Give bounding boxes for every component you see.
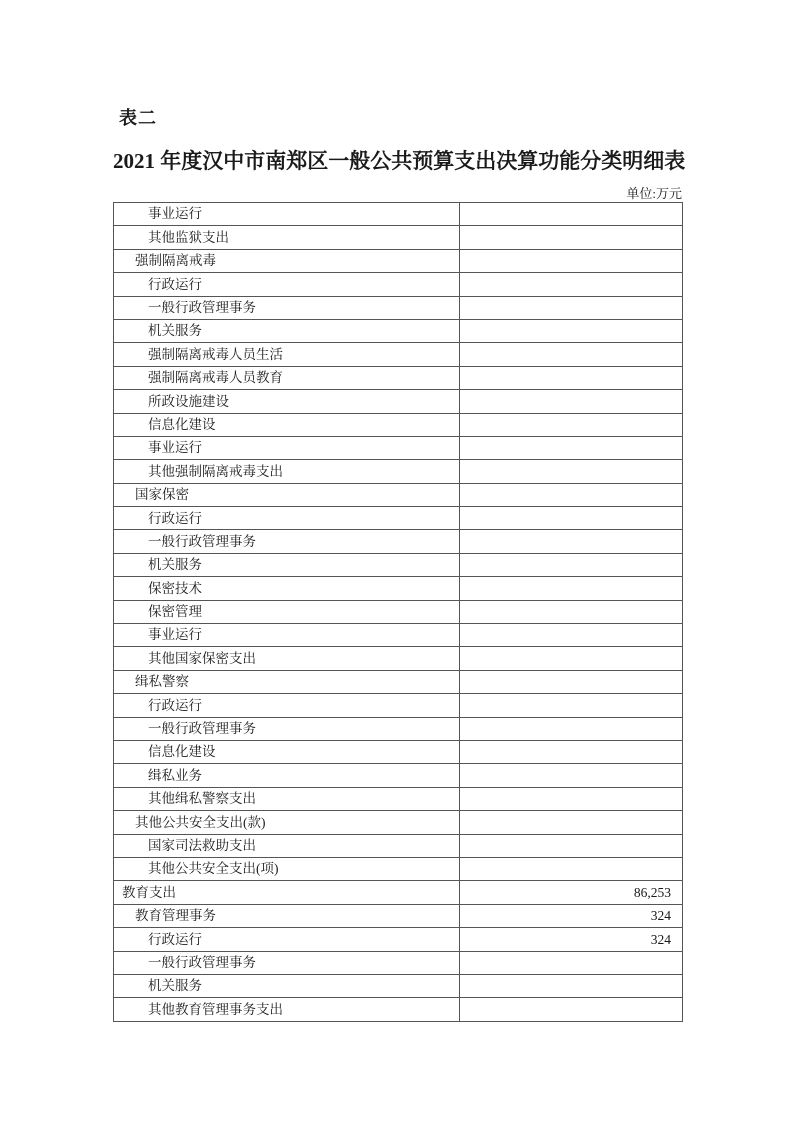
row-value — [460, 974, 683, 997]
budget-table: 事业运行其他监狱支出强制隔离戒毒行政运行一般行政管理事务机关服务强制隔离戒毒人员… — [113, 202, 683, 1022]
row-label: 其他监狱支出 — [114, 226, 460, 249]
row-value: 324 — [460, 928, 683, 951]
row-label: 其他缉私警察支出 — [114, 787, 460, 810]
row-label: 一般行政管理事务 — [114, 717, 460, 740]
row-label: 机关服务 — [114, 553, 460, 576]
table-row: 机关服务 — [114, 974, 683, 997]
table-row: 保密管理 — [114, 600, 683, 623]
table-row: 行政运行324 — [114, 928, 683, 951]
table-row: 一般行政管理事务 — [114, 951, 683, 974]
row-label: 所政设施建设 — [114, 390, 460, 413]
row-value — [460, 343, 683, 366]
row-label: 保密技术 — [114, 577, 460, 600]
table-row: 一般行政管理事务 — [114, 717, 683, 740]
row-value — [460, 787, 683, 810]
row-label: 强制隔离戒毒人员生活 — [114, 343, 460, 366]
row-value — [460, 764, 683, 787]
table-row: 强制隔离戒毒人员教育 — [114, 366, 683, 389]
table-row: 其他公共安全支出(款) — [114, 811, 683, 834]
table-row: 事业运行 — [114, 624, 683, 647]
table-row: 其他监狱支出 — [114, 226, 683, 249]
row-value — [460, 296, 683, 319]
table-row: 所政设施建设 — [114, 390, 683, 413]
row-label: 强制隔离戒毒 — [114, 249, 460, 272]
row-label: 国家保密 — [114, 483, 460, 506]
table-row: 其他公共安全支出(项) — [114, 857, 683, 880]
table-row: 教育管理事务324 — [114, 904, 683, 927]
table-row: 国家保密 — [114, 483, 683, 506]
row-value — [460, 717, 683, 740]
row-value: 86,253 — [460, 881, 683, 904]
row-label: 信息化建设 — [114, 413, 460, 436]
document-page: 表二 2021 年度汉中市南郑区一般公共预算支出决算功能分类明细表 单位:万元 … — [0, 0, 793, 1122]
row-value — [460, 530, 683, 553]
row-value — [460, 273, 683, 296]
row-value — [460, 553, 683, 576]
row-value — [460, 834, 683, 857]
row-value — [460, 436, 683, 459]
row-label: 行政运行 — [114, 507, 460, 530]
row-label: 教育管理事务 — [114, 904, 460, 927]
row-label: 一般行政管理事务 — [114, 530, 460, 553]
table-row: 一般行政管理事务 — [114, 530, 683, 553]
table-row: 其他教育管理事务支出 — [114, 998, 683, 1021]
row-label: 行政运行 — [114, 694, 460, 717]
table-row: 机关服务 — [114, 319, 683, 342]
row-value — [460, 740, 683, 763]
row-label: 其他强制隔离戒毒支出 — [114, 460, 460, 483]
table-row: 信息化建设 — [114, 740, 683, 763]
table-body: 事业运行其他监狱支出强制隔离戒毒行政运行一般行政管理事务机关服务强制隔离戒毒人员… — [114, 203, 683, 1022]
row-label: 事业运行 — [114, 624, 460, 647]
row-label: 国家司法救助支出 — [114, 834, 460, 857]
row-label: 其他国家保密支出 — [114, 647, 460, 670]
row-value — [460, 507, 683, 530]
table-row: 强制隔离戒毒人员生活 — [114, 343, 683, 366]
table-row: 行政运行 — [114, 273, 683, 296]
row-label: 教育支出 — [114, 881, 460, 904]
row-label: 一般行政管理事务 — [114, 296, 460, 319]
table-row: 一般行政管理事务 — [114, 296, 683, 319]
table-row: 缉私业务 — [114, 764, 683, 787]
row-label: 其他公共安全支出(款) — [114, 811, 460, 834]
table-row: 国家司法救助支出 — [114, 834, 683, 857]
row-value — [460, 600, 683, 623]
row-value — [460, 998, 683, 1021]
row-value — [460, 483, 683, 506]
row-label: 机关服务 — [114, 974, 460, 997]
page-title: 2021 年度汉中市南郑区一般公共预算支出决算功能分类明细表 — [113, 145, 682, 175]
row-value — [460, 694, 683, 717]
table-row: 缉私警察 — [114, 670, 683, 693]
row-label: 缉私业务 — [114, 764, 460, 787]
row-label: 机关服务 — [114, 319, 460, 342]
row-label: 事业运行 — [114, 436, 460, 459]
row-label: 保密管理 — [114, 600, 460, 623]
row-label: 行政运行 — [114, 928, 460, 951]
row-value — [460, 624, 683, 647]
row-value — [460, 319, 683, 342]
table-row: 行政运行 — [114, 507, 683, 530]
table-row: 其他强制隔离戒毒支出 — [114, 460, 683, 483]
row-value — [460, 951, 683, 974]
table-row: 事业运行 — [114, 203, 683, 226]
row-value — [460, 460, 683, 483]
row-value — [460, 226, 683, 249]
row-value — [460, 670, 683, 693]
table-row: 保密技术 — [114, 577, 683, 600]
table-row: 其他缉私警察支出 — [114, 787, 683, 810]
row-label: 其他公共安全支出(项) — [114, 857, 460, 880]
row-value — [460, 390, 683, 413]
row-value — [460, 249, 683, 272]
table-row: 事业运行 — [114, 436, 683, 459]
row-value — [460, 857, 683, 880]
table-row: 强制隔离戒毒 — [114, 249, 683, 272]
table-row: 信息化建设 — [114, 413, 683, 436]
row-label: 行政运行 — [114, 273, 460, 296]
row-value — [460, 413, 683, 436]
table-row: 机关服务 — [114, 553, 683, 576]
table-row: 教育支出86,253 — [114, 881, 683, 904]
row-value — [460, 577, 683, 600]
row-value — [460, 811, 683, 834]
row-label: 信息化建设 — [114, 740, 460, 763]
unit-label: 单位:万元 — [113, 183, 682, 202]
row-value — [460, 647, 683, 670]
table-number-label: 表二 — [119, 104, 157, 130]
row-label: 其他教育管理事务支出 — [114, 998, 460, 1021]
row-label: 事业运行 — [114, 203, 460, 226]
row-value — [460, 203, 683, 226]
table-row: 行政运行 — [114, 694, 683, 717]
table-row: 其他国家保密支出 — [114, 647, 683, 670]
row-label: 缉私警察 — [114, 670, 460, 693]
row-label: 强制隔离戒毒人员教育 — [114, 366, 460, 389]
row-value: 324 — [460, 904, 683, 927]
row-label: 一般行政管理事务 — [114, 951, 460, 974]
row-value — [460, 366, 683, 389]
